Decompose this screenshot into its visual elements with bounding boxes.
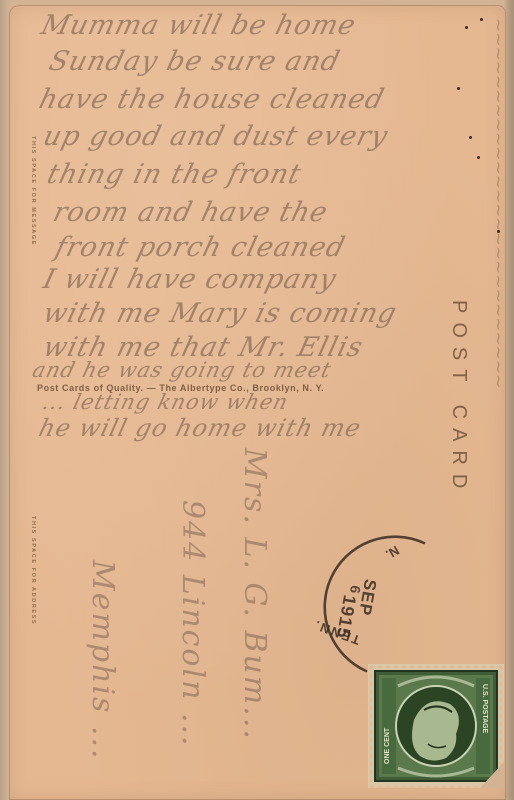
publisher-imprint: Post Cards of Quality. — The Albertype C…	[37, 383, 324, 393]
speck	[477, 156, 480, 159]
message-line: ... letting know when	[40, 390, 291, 414]
message-line: with me Mary is coming	[40, 298, 400, 329]
message-line: room and have the	[50, 197, 331, 228]
svg-text:ONE CENT: ONE CENT	[384, 727, 391, 764]
franklin-portrait-icon: U.S. POSTAGE ONE CENT	[368, 664, 504, 788]
message-line: up good and dust every	[40, 121, 391, 152]
address-line-name: Mrs. L. G. Bum...	[237, 448, 272, 741]
postage-stamp: U.S. POSTAGE ONE CENT	[368, 664, 504, 788]
svg-text:U.S. POSTAGE: U.S. POSTAGE	[481, 684, 488, 734]
message-line: thing in the front	[44, 159, 305, 190]
postmark: N. SEP 6 1915 TENN.	[306, 533, 446, 673]
message-line: he will go home with me	[36, 414, 364, 442]
speck	[457, 87, 460, 90]
message-line: I will have company	[40, 264, 340, 295]
message-line: Sunday be sure and	[46, 46, 344, 77]
speck	[497, 230, 500, 233]
margin-scrawl: ~~~~~~~~~~~~~~~~~~~~~~~~~~	[488, 18, 508, 388]
address-line-street: 944 Lincoln ...	[175, 500, 210, 748]
message-line: Mumma will be home	[38, 10, 359, 41]
post-card-heading: POST CARD	[447, 300, 470, 497]
message-space-label: THIS SPACE FOR MESSAGE	[30, 136, 36, 246]
message-line: front porch cleaned	[52, 232, 349, 263]
speck	[480, 18, 483, 21]
speck	[469, 136, 472, 139]
address-space-label: THIS SPACE FOR ADDRESS	[30, 516, 36, 625]
message-line: have the house cleaned	[36, 84, 388, 115]
message-line: and he was going to meet	[30, 358, 334, 382]
address-line-city: Memphis ...	[85, 560, 120, 761]
speck	[465, 26, 468, 29]
